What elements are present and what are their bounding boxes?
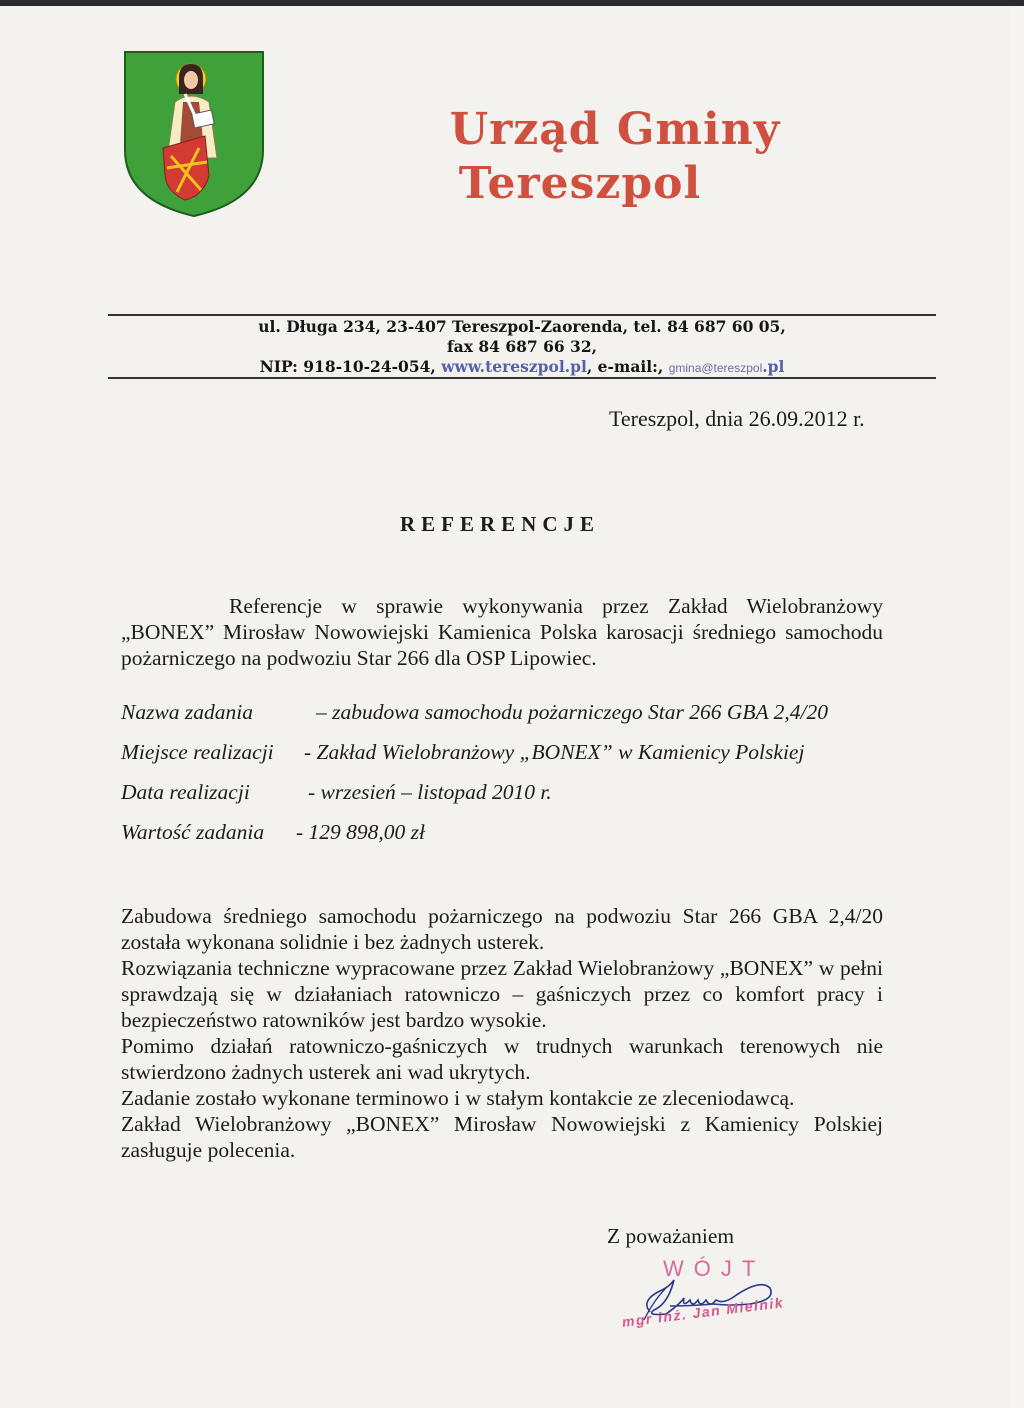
nip: NIP: 918-10-24-054, bbox=[260, 357, 436, 376]
body-paragraph: Zakład Wielobranżowy „BONEX” Mirosław No… bbox=[121, 1111, 883, 1163]
detail-label: Nazwa zadania bbox=[121, 700, 253, 725]
detail-label: Miejsce realizacji bbox=[121, 740, 274, 765]
scan-right-edge bbox=[1010, 6, 1024, 1408]
website-link[interactable]: www.tereszpol.pl bbox=[441, 357, 587, 376]
fax-line: fax 84 687 66 32, bbox=[108, 337, 936, 357]
header-divider-bottom bbox=[108, 377, 936, 379]
office-name-line1: Urząd Gminy bbox=[380, 103, 850, 157]
header-divider-top bbox=[108, 314, 936, 316]
email-tld: .pl bbox=[762, 357, 784, 376]
document-heading: REFERENCJE bbox=[0, 512, 1000, 537]
detail-value: - wrzesień – listopad 2010 r. bbox=[308, 780, 552, 805]
date-line: Tereszpol, dnia 26.09.2012 r. bbox=[609, 406, 865, 432]
contact-block: ul. Długa 234, 23-407 Tereszpol-Zaorenda… bbox=[108, 317, 936, 378]
signature-icon bbox=[610, 1260, 830, 1340]
detail-value: - 129 898,00 zł bbox=[296, 820, 425, 845]
email-label: , e-mail:, bbox=[587, 357, 663, 376]
body-text: Zabudowa średniego samochodu pożarniczeg… bbox=[121, 903, 883, 1163]
email-link[interactable]: gmina@tereszpol bbox=[669, 361, 763, 375]
address-line: ul. Długa 234, 23-407 Tereszpol-Zaorenda… bbox=[108, 317, 936, 337]
body-paragraph: Zabudowa średniego samochodu pożarniczeg… bbox=[121, 903, 883, 955]
office-name-line2: Tereszpol bbox=[310, 157, 850, 211]
closing-salutation: Z poważaniem bbox=[607, 1224, 734, 1249]
office-name: Urząd Gminy Tereszpol bbox=[380, 103, 850, 211]
body-paragraph: Zadanie zostało wykonane terminowo i w s… bbox=[121, 1085, 883, 1111]
scan-top-edge bbox=[0, 0, 1024, 6]
detail-label: Data realizacji bbox=[121, 780, 250, 805]
coat-of-arms-icon bbox=[123, 50, 265, 218]
detail-value: – zabudowa samochodu pożarniczego Star 2… bbox=[316, 700, 828, 725]
body-paragraph: Rozwiązania techniczne wypracowane przez… bbox=[121, 955, 883, 1033]
nip-line: NIP: 918-10-24-054, www.tereszpol.pl, e-… bbox=[108, 357, 936, 378]
body-paragraph: Pomimo działań ratowniczo-gaśniczych w t… bbox=[121, 1033, 883, 1085]
detail-label: Wartość zadania bbox=[121, 820, 264, 845]
intro-paragraph: Referencje w sprawie wykonywania przez Z… bbox=[121, 593, 883, 671]
detail-value: - Zakład Wielobranżowy „BONEX” w Kamieni… bbox=[304, 740, 804, 765]
